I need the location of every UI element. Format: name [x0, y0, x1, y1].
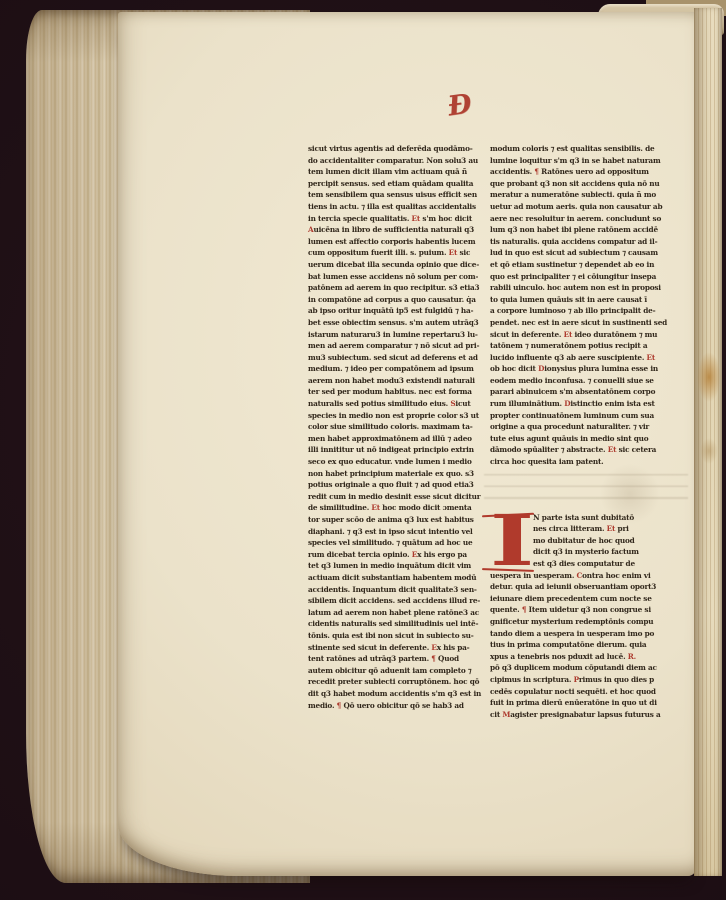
- text-line: parari abinuicem s'm absentatōnem corpo: [490, 386, 670, 398]
- text-line: naturalis sed potius similitudo eius. Si…: [308, 398, 488, 410]
- text-line: tatōnem ⁊ numeratōnem potius recipit a: [490, 340, 670, 352]
- text-line: mo dubitatur de hoc quod: [533, 535, 670, 547]
- dropcap-initial-I: I: [490, 513, 530, 571]
- text-line: to quia lumen quāuis sit in aere causat …: [490, 294, 670, 306]
- text-line: uerum dicebat illa secunda opinio que di…: [308, 259, 488, 271]
- text-line: gnificetur mysterium redemptōnis compu: [490, 616, 670, 628]
- text-line: men ad aerem comparatur ⁊ nō sicut ad pr…: [308, 340, 488, 352]
- text-line: redit cum in medio desinit esse sicut di…: [308, 491, 488, 503]
- text-line: species in medio non est proprie color s…: [308, 410, 488, 422]
- text-line: species vel similitudo. ⁊ quātum ad hoc …: [308, 537, 488, 549]
- text-line: propter continuatōnem luminum cum sua: [490, 410, 670, 422]
- text-line: aerem non habet modu3 existendi naturali: [308, 375, 488, 387]
- text-line: illi innititur ut nō indigeat principio …: [308, 444, 488, 456]
- text-line: tando diem a uespera in uesperam imo po: [490, 628, 670, 640]
- text-line: mu3 subiectum. sed sicut ad deferens et …: [308, 352, 488, 364]
- text-line: potius originale a quo fluit ⁊ ad quod e…: [308, 479, 488, 491]
- text-line: actiuam dicit substantiam habentem modū: [308, 572, 488, 584]
- text-line: dāmodo spūaliter ⁊ abstracte. Et sic cet…: [490, 444, 670, 456]
- text-line: tor super scōo de anima q3 lux est habit…: [308, 514, 488, 526]
- text-line: tis naturalis. quia accidens compatur ad…: [490, 236, 670, 248]
- text-line: recedit preter subiecti corruptōnem. hoc…: [308, 676, 488, 688]
- text-line: pō q3 duplicem modum cōputandi diem ac: [490, 662, 670, 674]
- edge-stain: [697, 352, 721, 402]
- text-line: ob hoc dicit Dionysius plura lumina esse…: [490, 363, 670, 375]
- text-line: cidentis naturalis sed similitudinis uel…: [308, 618, 488, 630]
- text-line: sicut in deferente. Et ideo duratōnem ⁊ …: [490, 329, 670, 341]
- text-line: lumine loquitur s'm q3 in se habet natur…: [490, 155, 670, 167]
- column2-paragraph-2: I N parte ista sunt dubitatōnes circa li…: [490, 512, 670, 721]
- text-line: sibilem dicit accidens. sed accidens ill…: [308, 595, 488, 607]
- text-line: ieiunare diem precedentem cum nocte se: [490, 593, 670, 605]
- text-line: lud in quo est sicut ad subiectum ⁊ caus…: [490, 247, 670, 259]
- book-photo: Ɖ sicut virtus agentis ad deferēda quodā…: [0, 0, 726, 900]
- text-column-2: modum coloris ⁊ est qualitas sensibilis.…: [490, 143, 670, 720]
- column2-paragraph-2-lines: uespera in uesperam. Contra hoc enim vid…: [490, 570, 670, 721]
- text-line: do accidentaliter comparatur. Non solu3 …: [308, 155, 488, 167]
- text-line: tōnis. quia est ibi non sicut in subiect…: [308, 630, 488, 642]
- text-line: tem lumen dicit illam vim actiuam quā ñ: [308, 166, 488, 178]
- text-line: tiens in actu. ⁊ illa est qualitas accid…: [308, 201, 488, 213]
- text-line: tius in prima computatōne dierum. quia: [490, 639, 670, 651]
- text-line: et qō etiam sustinetur ⁊ dependet ab eo …: [490, 259, 670, 271]
- text-line: lucido influente q3 ab aere suscipiente.…: [490, 352, 670, 364]
- dropcap-letter: I: [490, 513, 534, 569]
- text-line: ab ipso oritur inquātū ip5 est fulgidū ⁊…: [308, 305, 488, 317]
- text-line: aere nec resoluitur in aerem. concludunt…: [490, 213, 670, 225]
- text-line: fuit in prima dierū enūeratōne in quo ut…: [490, 697, 670, 709]
- text-line: bat lumen esse accidens nō solum per com…: [308, 271, 488, 283]
- text-line: patōnem ad aerem in quo recipitur. s3 et…: [308, 282, 488, 294]
- text-line: lumen est affectio corporis habentis luc…: [308, 236, 488, 248]
- text-line: origine a qua procedunt naturaliter. ⁊ v…: [490, 421, 670, 433]
- text-line: detur. quia ad ieiunii obseruantiam opor…: [490, 581, 670, 593]
- text-line: lum q3 non habet ibi plene ratōnem accid…: [490, 224, 670, 236]
- text-line: modum coloris ⁊ est qualitas sensibilis.…: [490, 143, 670, 155]
- text-line: dicit q3 in mysterio factum: [533, 546, 670, 558]
- text-line: latum ad aerem non habet plene ratōne3 a…: [308, 607, 488, 619]
- column2-paragraph-1: modum coloris ⁊ est qualitas sensibilis.…: [490, 143, 670, 468]
- text-line: autem obicitur qō aduenit iam completo ⁊: [308, 665, 488, 677]
- text-line: stinente sed sicut in deferente. Ex his …: [308, 642, 488, 654]
- text-line: pendet. nec est in aere sicut in sustine…: [490, 317, 670, 329]
- text-line: est q3 dies computatur de: [533, 558, 670, 570]
- text-line: rum dicebat tercia opinio. Ex his ergo p…: [308, 549, 488, 561]
- text-line: rabili uinculo. hoc autem non est in pro…: [490, 282, 670, 294]
- text-line: sicut virtus agentis ad deferēda quodāmo…: [308, 143, 488, 155]
- text-line: istarum naturaru3 in lumine repertaru3 l…: [308, 329, 488, 341]
- text-line: tem sensibilem qua sensus uisus efficit …: [308, 189, 488, 201]
- text-line: in compatōne ad corpus a quo causatur. q…: [308, 294, 488, 306]
- text-line: quente. ¶ Item uidetur q3 non congrue si: [490, 604, 670, 616]
- text-line: color siue similitudo coloris. maximam t…: [308, 421, 488, 433]
- edge-stain-small: [700, 438, 718, 464]
- text-line: cum oppositum fuerit illi. s. puium. Et …: [308, 247, 488, 259]
- text-line: Auicēna in libro de sufficientia natural…: [308, 224, 488, 236]
- text-line: uetur ad motum aeris. quia non causatur …: [490, 201, 670, 213]
- text-line: quo est principaliter ⁊ ei cōiungitur in…: [490, 271, 670, 283]
- text-line: ter sed per modum habitus. nec est forma: [308, 386, 488, 398]
- text-line: rum illuminātium. Distinctio enim ista e…: [490, 398, 670, 410]
- text-line: cedēs copulatur nocti sequēti. et hoc qu…: [490, 686, 670, 698]
- text-column-1: sicut virtus agentis ad deferēda quodāmo…: [308, 143, 488, 711]
- text-line: tet q3 lumen in medio inquātum dicit vim: [308, 560, 488, 572]
- text-line: bet esse obiectim sensus. s'm autem utrā…: [308, 317, 488, 329]
- page-smudge: [600, 464, 660, 524]
- text-line: nes circa litteram. Et pri: [533, 523, 670, 535]
- text-line: eodem medio inconfusa. ⁊ conuelli siue s…: [490, 375, 670, 387]
- text-line: diaphani. ⁊ q3 est in ipso sicut intenti…: [308, 526, 488, 538]
- text-line: men habet approximatōnem ad illū ⁊ adeo: [308, 433, 488, 445]
- text-line: cit Magister presignabatur lapsus futuru…: [490, 709, 670, 721]
- text-line: tute eius agunt quāuis in medio sint quo: [490, 433, 670, 445]
- text-line: a corpore luminoso ⁊ ab illo principalit…: [490, 305, 670, 317]
- text-line: de similitudine. Et hoc modo dicit ɔment…: [308, 502, 488, 514]
- text-line: percipit sensus. sed etiam quādam qualit…: [308, 178, 488, 190]
- text-line: medium. ⁊ ideo per compatōnem ad ipsum: [308, 363, 488, 375]
- text-line: xpus a tenebris nos pduxit ad lucē. R.: [490, 651, 670, 663]
- quire-mark: Ɖ: [446, 90, 473, 120]
- text-line: non habet principium materiale ex quo. s…: [308, 468, 488, 480]
- text-line: meratur a numeratōne subiecti. quia ñ mo: [490, 189, 670, 201]
- text-line: accidentis. Inquantum dicit qualitate3 s…: [308, 584, 488, 596]
- fore-edge-right: [694, 8, 722, 876]
- text-line: accidentis. ¶ Ratōnes uero ad oppositum: [490, 166, 670, 178]
- text-line: dit q3 habet modum accidentis s'm q3 est…: [308, 688, 488, 700]
- text-line: tent ratōnes ad utrāq3 partem. ¶ Quod: [308, 653, 488, 665]
- text-line: cipimus in scriptura. Primus in quo dies…: [490, 674, 670, 686]
- open-page: Ɖ sicut virtus agentis ad deferēda quodā…: [118, 12, 696, 876]
- text-line: seco ex quo educatur. vnde lumen i medio: [308, 456, 488, 468]
- text-line: que probant q3 non sit accidens quia nō …: [490, 178, 670, 190]
- text-line: in tercia specie qualitatis. Et s'm hoc …: [308, 213, 488, 225]
- text-line: medio. ¶ Qō uero obicitur qō se hab3 ad: [308, 700, 488, 712]
